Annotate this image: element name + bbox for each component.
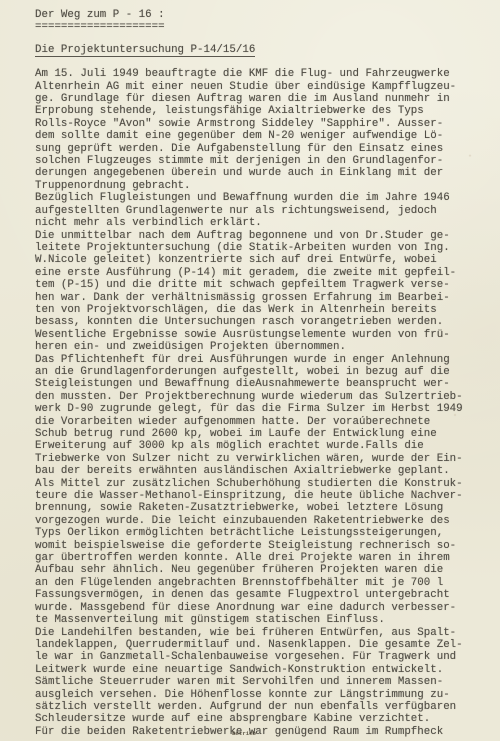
text-line: Triebwerke von Sulzer nicht zu verwirkli… [35,453,490,465]
document-title: Der Weg zum P - 16 : [35,9,490,21]
text-line: tem (P-15) und die dritte mit schwach ge… [35,279,490,291]
text-line: Die Landehilfen bestanden, wie bei frühe… [35,627,490,639]
document-content: Der Weg zum P - 16 : ===================… [35,9,490,738]
text-line: Wesentliche Ergebnisse sowie Ausrüstungs… [35,329,490,341]
text-line: Als Mittel zur zusätzlichen Schuberhöhun… [35,478,490,490]
text-line: Erprobung stehende, leistungsfähige Axia… [35,105,490,117]
text-line: vorgezogen wurde. Die leicht einzubauend… [35,515,490,527]
text-line: Für die beiden Raketentriebwerke war gen… [35,726,490,738]
text-line: Steigleistungen und Bewaffnung dieAusnah… [35,378,490,390]
text-line: Schleudersitze wurde auf eine absprengba… [35,713,490,725]
text-line: W.Nicole geleitet) konzentrierte sich au… [35,254,490,266]
text-line: an die Grundlagenforderungen aufgestellt… [35,366,490,378]
text-line: die Vorarbeiten wieder aufgenommen hatte… [35,416,490,428]
text-line: gar übertroffen werden konnte. Alle drei… [35,552,490,564]
text-line: ten von Projektvorschlägen, die das Werk… [35,304,490,316]
text-line: sung geprüft werden. Die Aufgabenstellun… [35,143,490,155]
bleed-through-text: Betrieb [232,730,256,737]
text-line: landeklappen, Querrudermitlauf und. Nase… [35,639,490,651]
text-line: Leitwerk wurde eine neuartige Sandwich-K… [35,664,490,676]
text-line: dem sollte damit eine gegenüber dem N-20… [35,130,490,142]
text-line: Die unmittelbar nach dem Auftrag begonne… [35,230,490,242]
section-heading-text: Die Projektuntersuchung P-14/15/16 [35,44,255,58]
text-line: Aufbau sehr ähnlich. Neu gegenüber frühe… [35,564,490,576]
text-line: an den Flügelenden angebrachten Brennsto… [35,577,490,589]
text-line: ge. Grundlage für diesen Auftrag waren d… [35,93,490,105]
section-heading: Die Projektuntersuchung P-14/15/16 [35,44,490,56]
text-line: Altenrhein AG mit einer neuen Studie übe… [35,81,490,93]
text-line: leitete Projektuntersuchung (die Statik-… [35,242,490,254]
text-line: Typs Oerlikon ermöglichten beträchtliche… [35,527,490,539]
body-text: Am 15. Juli 1949 beauftragte die KMF die… [35,68,490,738]
text-line: teure die Wasser-Methanol-Einspritzung, … [35,490,490,502]
text-line: bau der bereits erwähnten ausländischen … [35,465,490,477]
text-line: den mussten. Der Projektberechnung wurde… [35,391,490,403]
text-line: werk D-90 zugrunde gelegt, für das die F… [35,403,490,415]
text-line: besass, konnten die Untersuchungen rasch… [35,316,490,328]
text-line: Fassungsvermögen, in denen das gesamte F… [35,589,490,601]
text-line: Am 15. Juli 1949 beauftragte die KMF die… [35,68,490,80]
text-line: solchen Flugzeuges stimmte mit derjenige… [35,155,490,167]
text-line: hen war. Dank der verhältnismässig gross… [35,292,490,304]
text-line: eine erste Ausführung (P-14) mit geradem… [35,267,490,279]
text-line: ausgleich versehen. Die Höhenflosse konn… [35,689,490,701]
text-line: brennung, sowie Raketen-Zusatztriebwerke… [35,502,490,514]
document-page: Der Weg zum P - 16 : ===================… [0,0,500,741]
text-line: le war in Ganzmetall-Schalenbauweise vor… [35,651,490,663]
text-line: te Massenverteilung mit günstigem statis… [35,614,490,626]
text-line: nicht mehr als verbindlich erklärt. [35,217,490,229]
text-line: Das Pflichtenheft für drei Ausführungen … [35,354,490,366]
text-line: derungen angegebenen überein und wurde a… [35,167,490,179]
text-line: Erweiterung auf 3000 kp als möglich erac… [35,440,490,452]
text-line: wurde. Massgebend für diese Anordnung wa… [35,602,490,614]
text-line: Schub betrug rund 2600 kp, wobei im Lauf… [35,428,490,440]
text-line: sätzlich verstellt werden. Aufgrund der … [35,701,490,713]
text-line: aufgestellten Grundlagenwerte nur als ri… [35,205,490,217]
text-line: Bezüglich Flugleistungen und Bewaffnung … [35,192,490,204]
title-underline: ==================== [35,21,490,33]
text-line: Rolls-Royce "Avon" sowie Armstrong Sidde… [35,118,490,130]
text-line: Sämtliche Steuerruder waren mit Servohil… [35,676,490,688]
text-line: heren ein- und zweidüsigen Projekten übe… [35,341,490,353]
text-line: Truppenordnung gebracht. [35,180,490,192]
text-line: womit beispielsweise die geforderte Stei… [35,540,490,552]
